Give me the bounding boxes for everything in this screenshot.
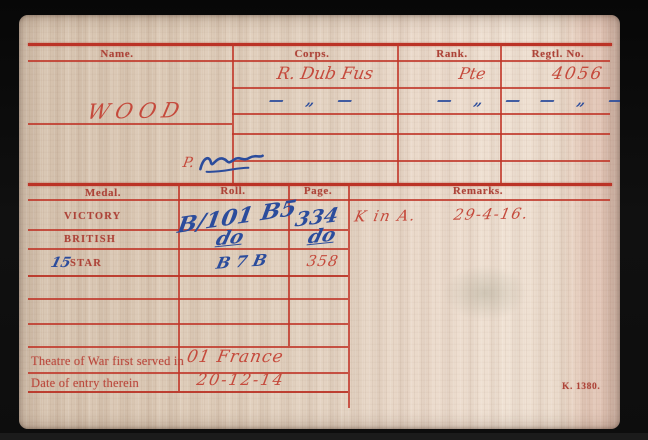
- divider-corps-rank: [397, 43, 399, 183]
- header-regtl-no: Regtl. No.: [532, 48, 585, 60]
- rule-row2: [232, 113, 610, 115]
- rule-star-underline: [28, 275, 348, 277]
- regtl-no-entry: 4056: [550, 64, 605, 84]
- header-roll: Roll.: [220, 185, 245, 197]
- medal-label-victory: VICTORY: [64, 211, 121, 222]
- date-of-entry-label: Date of entry therein: [31, 376, 139, 391]
- roll-british-ditto: do: [214, 226, 246, 251]
- theatre-of-war-label: Theatre of War first served in: [31, 354, 184, 369]
- corps-ditto-mark: — „ —: [267, 91, 359, 109]
- header-rank: Rank.: [436, 48, 467, 60]
- scan-background: Name. Corps. Rank. Regtl. No. WOOD R. Du…: [0, 0, 648, 440]
- rule-blank2: [28, 323, 348, 325]
- header-remarks: Remarks.: [453, 185, 503, 197]
- divider-page-remarks: [348, 183, 350, 408]
- roll-star-value: B 7 B: [215, 250, 269, 272]
- header-corps: Corps.: [294, 48, 329, 60]
- rule-blank1: [28, 298, 348, 300]
- regtl-ditto-mark: — „ —: [538, 91, 620, 109]
- rule-theatre-underline: [28, 372, 348, 374]
- annotation-prefix: P.: [182, 155, 196, 171]
- rule-header-underline: [28, 60, 610, 62]
- medal-label-star: STAR: [70, 258, 102, 269]
- medal-index-card: Name. Corps. Rank. Regtl. No. WOOD R. Du…: [19, 15, 620, 429]
- rule-british-underline: [28, 248, 348, 250]
- page-star-value: 358: [305, 252, 340, 270]
- rule-table-header-underline: [28, 199, 610, 201]
- divider-rank-regtl: [500, 43, 502, 183]
- rule-bottom: [28, 391, 348, 393]
- header-page: Page.: [304, 185, 332, 197]
- theatre-of-war-value: 01 France: [185, 347, 285, 367]
- header-name: Name.: [100, 48, 133, 60]
- date-of-entry-value: 20-12-14: [195, 370, 286, 389]
- corps-entry: R. Dub Fus: [275, 64, 374, 84]
- form-number: K. 1380.: [562, 382, 600, 392]
- medal-label-british: BRITISH: [64, 234, 116, 245]
- rule-row3: [232, 133, 610, 135]
- star-prefix-15: 15: [49, 255, 72, 271]
- remarks-value: K in A. 29-4-16.: [353, 204, 531, 225]
- rank-ditto-mark: — „ —: [435, 91, 527, 109]
- header-medal: Medal.: [85, 187, 121, 199]
- rank-entry: Pte: [457, 64, 487, 83]
- ink-scribble-icon: [195, 149, 267, 178]
- page-british-ditto: do: [306, 224, 338, 249]
- rule-name-underline: [28, 123, 232, 125]
- rule-row4: [232, 160, 610, 162]
- rule-row1: [232, 87, 610, 89]
- name-entry: WOOD: [85, 98, 188, 124]
- rule-top-thick: [28, 43, 612, 46]
